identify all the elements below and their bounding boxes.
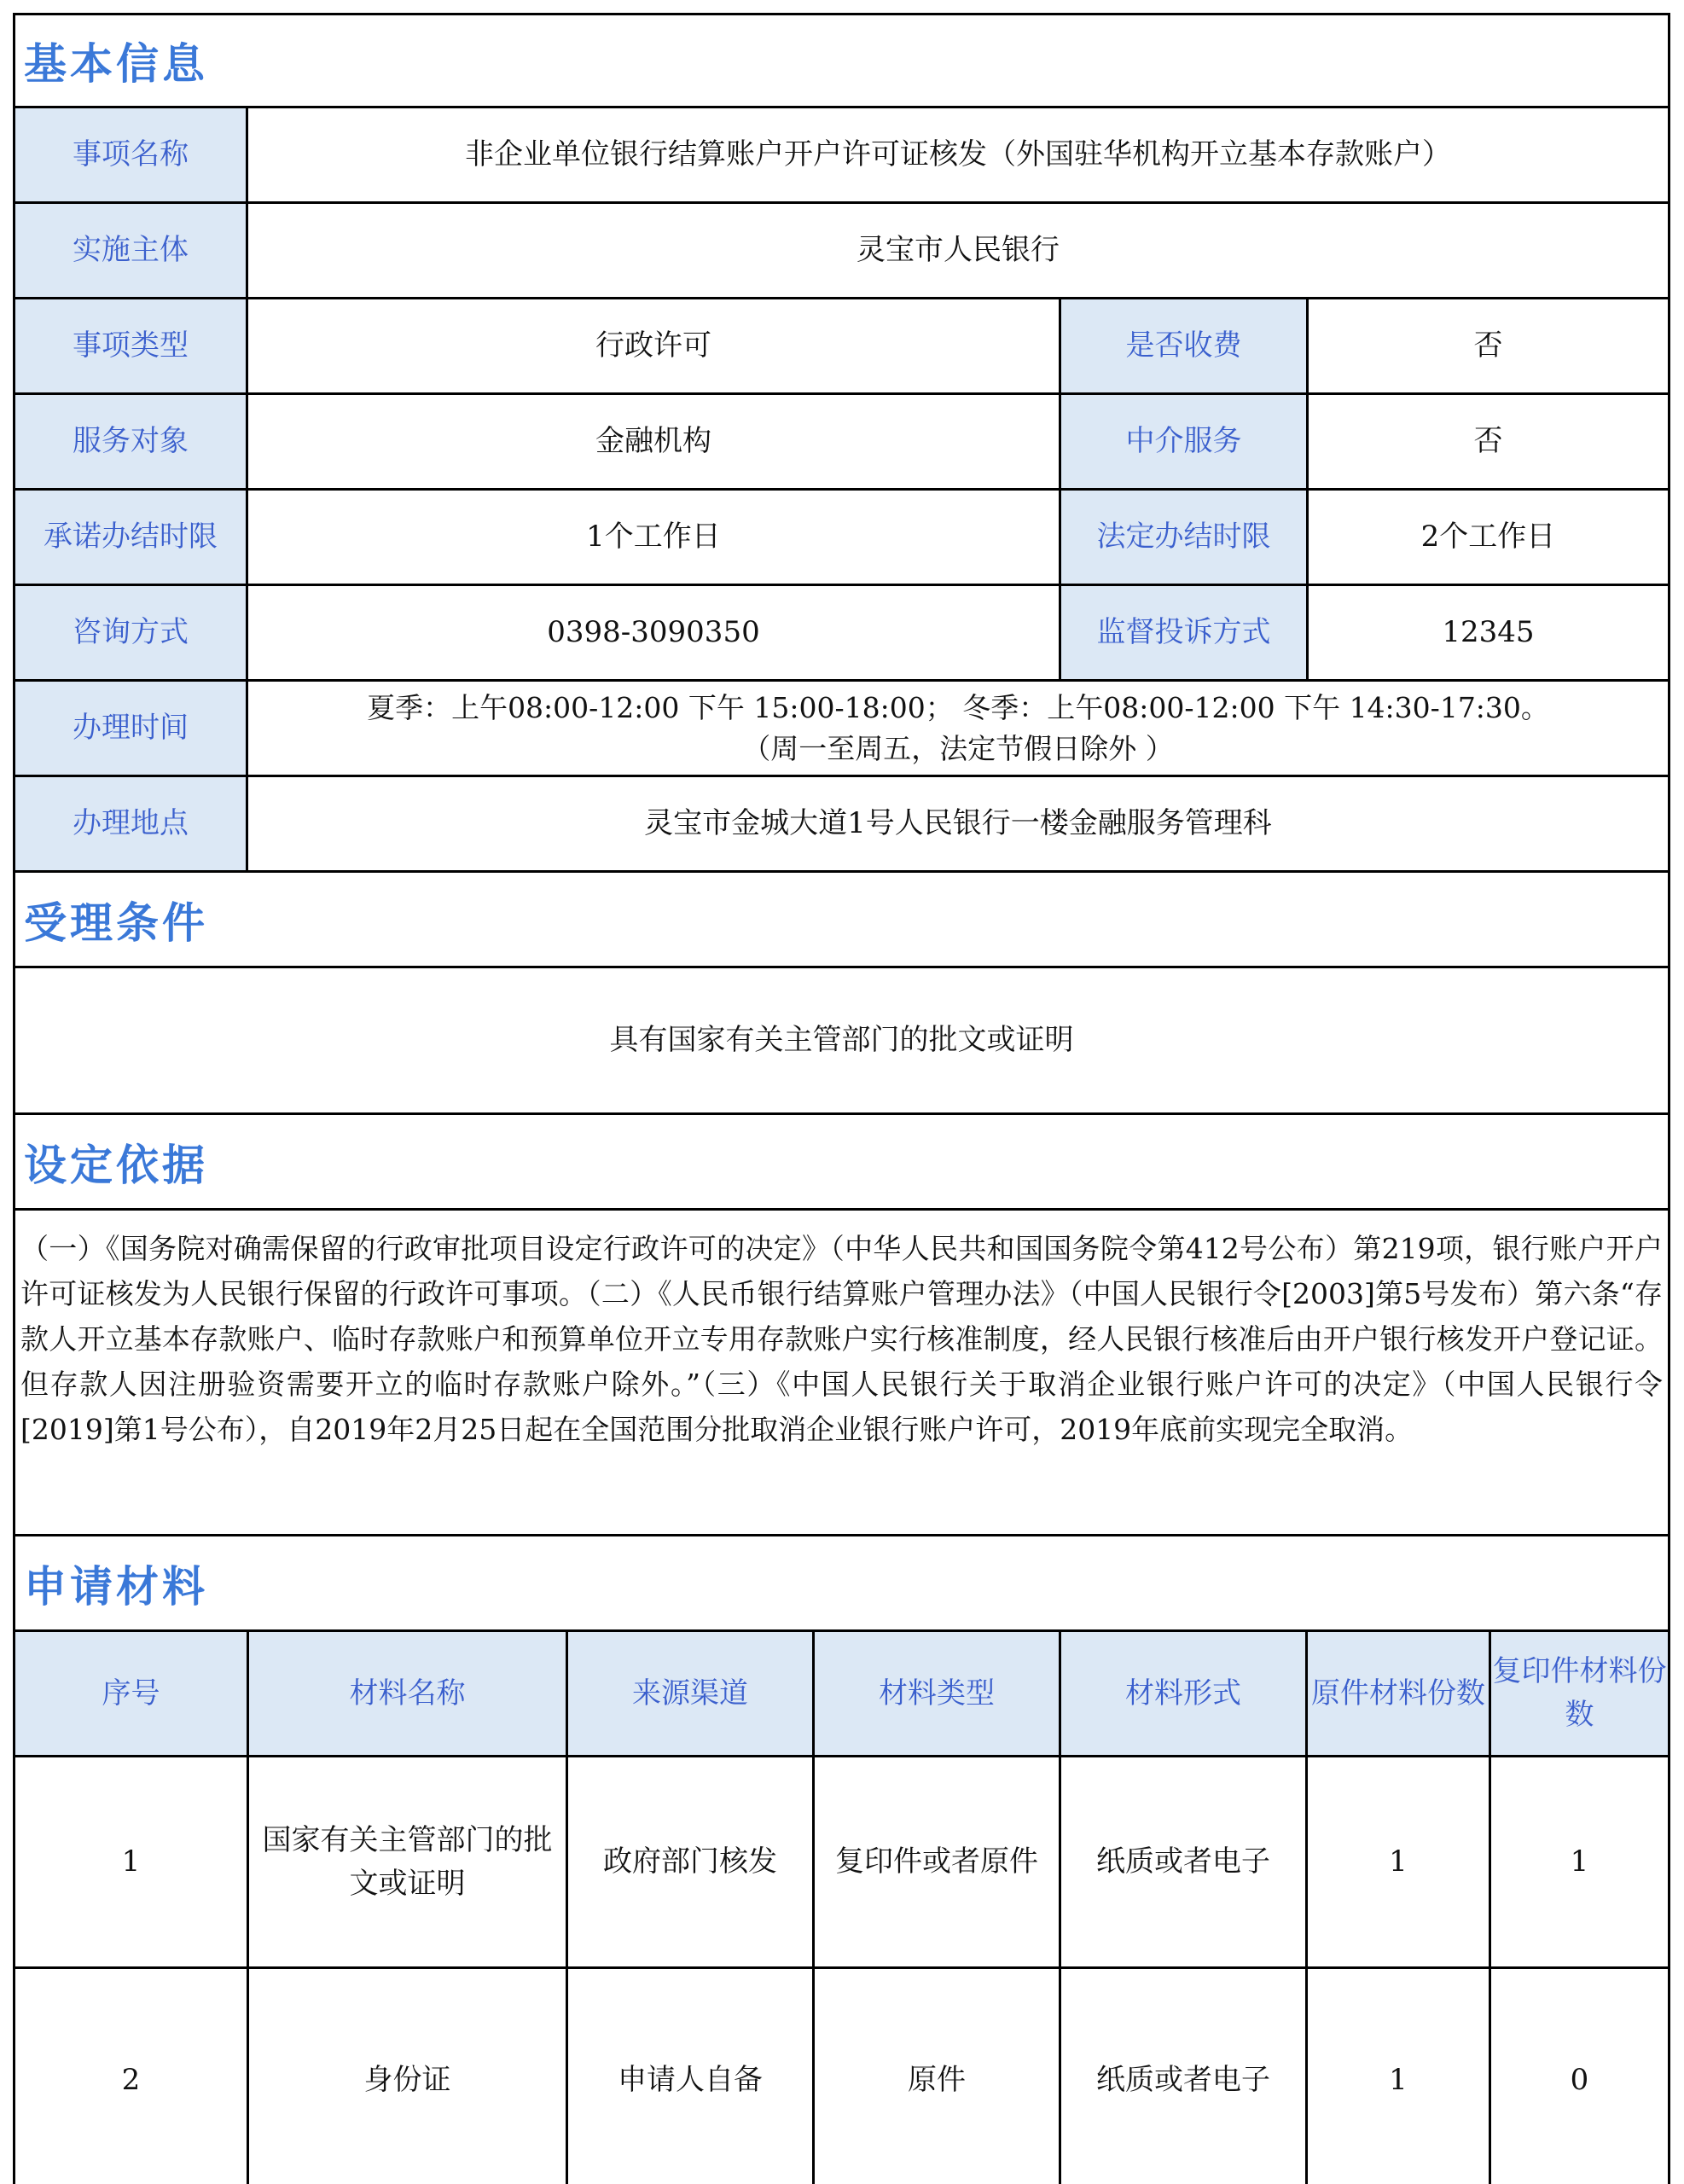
- section-basic-info: 基本信息: [13, 13, 1670, 108]
- row-service-target: 服务对象 金融机构 中介服务 否: [13, 395, 1670, 491]
- cell-source: 申请人自备: [566, 1969, 812, 2184]
- cell-material-name: 国家有关主管部门的批文或证明: [247, 1757, 566, 1966]
- label-service-target: 服务对象: [15, 395, 246, 488]
- header-material-name: 材料名称: [247, 1632, 566, 1755]
- cell-seq: 2: [15, 1969, 247, 2184]
- cell-material-type: 复印件或者原件: [812, 1757, 1059, 1966]
- header-material-type: 材料类型: [812, 1632, 1059, 1755]
- header-original-count: 原件材料份数: [1305, 1632, 1489, 1755]
- label-consult: 咨询方式: [15, 586, 246, 679]
- value-item-type: 行政许可: [246, 299, 1059, 392]
- cell-original-count: 1: [1305, 1969, 1489, 2184]
- cell-copy-count: 1: [1489, 1757, 1668, 1966]
- row-location: 办理地点 灵宝市金城大道1号人民银行一楼金融服务管理科: [13, 777, 1670, 873]
- label-implementer: 实施主体: [15, 204, 246, 297]
- label-promised-limit: 承诺办结时限: [15, 491, 246, 584]
- hours-line-2: （周一至周五，法定节假日除外 ）: [742, 729, 1174, 770]
- label-intermediary: 中介服务: [1059, 395, 1306, 488]
- value-fee: 否: [1306, 299, 1668, 392]
- value-legal-limit: 2个工作日: [1306, 491, 1668, 584]
- cell-material-name: 身份证: [247, 1969, 566, 2184]
- cell-copy-count: 0: [1489, 1969, 1668, 2184]
- section-acceptance: 受理条件: [13, 873, 1670, 968]
- row-hours: 办理时间 夏季：上午08:00-12:00 下午 15:00-18:00； 冬季…: [13, 682, 1670, 777]
- value-location: 灵宝市金城大道1号人民银行一楼金融服务管理科: [246, 777, 1668, 870]
- cell-material-form: 纸质或者电子: [1059, 1969, 1305, 2184]
- cell-source: 政府部门核发: [566, 1757, 812, 1966]
- section-title-basic-info: 基本信息: [24, 30, 208, 91]
- row-legal-basis-content: （一）《国务院对确需保留的行政审批项目设定行政许可的决定》（中华人民共和国国务院…: [13, 1211, 1670, 1536]
- cell-material-form: 纸质或者电子: [1059, 1757, 1305, 1966]
- value-complaint-phone: 12345: [1306, 586, 1668, 679]
- section-title-acceptance: 受理条件: [24, 889, 208, 950]
- header-source: 来源渠道: [566, 1632, 812, 1755]
- row-time-limits: 承诺办结时限 1个工作日 法定办结时限 2个工作日: [13, 491, 1670, 586]
- header-seq: 序号: [15, 1632, 247, 1755]
- header-material-form: 材料形式: [1059, 1632, 1305, 1755]
- value-implementer: 灵宝市人民银行: [246, 204, 1668, 297]
- section-materials: 申请材料: [13, 1536, 1670, 1632]
- value-consult-phone: 0398-3090350: [246, 586, 1059, 679]
- value-promised-limit: 1个工作日: [246, 491, 1059, 584]
- value-service-target: 金融机构: [246, 395, 1059, 488]
- row-implementer: 实施主体 灵宝市人民银行: [13, 204, 1670, 299]
- value-item-name: 非企业单位银行结算账户开户许可证核发（外国驻华机构开立基本存款账户）: [246, 108, 1668, 201]
- cell-seq: 1: [15, 1757, 247, 1966]
- acceptance-text: 具有国家有关主管部门的批文或证明: [15, 968, 1668, 1112]
- hours-line-1: 夏季：上午08:00-12:00 下午 15:00-18:00； 冬季：上午08…: [367, 688, 1549, 729]
- row-item-name: 事项名称 非企业单位银行结算账户开户许可证核发（外国驻华机构开立基本存款账户）: [13, 108, 1670, 204]
- materials-table-header: 序号 材料名称 来源渠道 材料类型 材料形式 原件材料份数 复印件材料份数: [13, 1632, 1670, 1757]
- label-fee: 是否收费: [1059, 299, 1306, 392]
- table-row: 2 身份证 申请人自备 原件 纸质或者电子 1 0: [13, 1969, 1670, 2184]
- label-location: 办理地点: [15, 777, 246, 870]
- value-intermediary: 否: [1306, 395, 1668, 488]
- label-item-type: 事项类型: [15, 299, 246, 392]
- value-hours: 夏季：上午08:00-12:00 下午 15:00-18:00； 冬季：上午08…: [246, 682, 1668, 775]
- label-hours: 办理时间: [15, 682, 246, 775]
- section-title-legal-basis: 设定依据: [24, 1131, 208, 1193]
- header-copy-count: 复印件材料份数: [1489, 1632, 1668, 1755]
- label-item-name: 事项名称: [15, 108, 246, 201]
- label-legal-limit: 法定办结时限: [1059, 491, 1306, 584]
- cell-material-type: 原件: [812, 1969, 1059, 2184]
- service-guide-sheet: 基本信息 事项名称 非企业单位银行结算账户开户许可证核发（外国驻华机构开立基本存…: [13, 13, 1670, 2184]
- row-contact: 咨询方式 0398-3090350 监督投诉方式 12345: [13, 586, 1670, 682]
- row-item-type: 事项类型 行政许可 是否收费 否: [13, 299, 1670, 395]
- section-title-materials: 申请材料: [24, 1553, 208, 1614]
- label-complaint: 监督投诉方式: [1059, 586, 1306, 679]
- row-acceptance-content: 具有国家有关主管部门的批文或证明: [13, 968, 1670, 1115]
- table-row: 1 国家有关主管部门的批文或证明 政府部门核发 复印件或者原件 纸质或者电子 1…: [13, 1757, 1670, 1969]
- legal-basis-text: （一）《国务院对确需保留的行政审批项目设定行政许可的决定》（中华人民共和国国务院…: [15, 1211, 1668, 1534]
- cell-original-count: 1: [1305, 1757, 1489, 1966]
- section-legal-basis: 设定依据: [13, 1115, 1670, 1211]
